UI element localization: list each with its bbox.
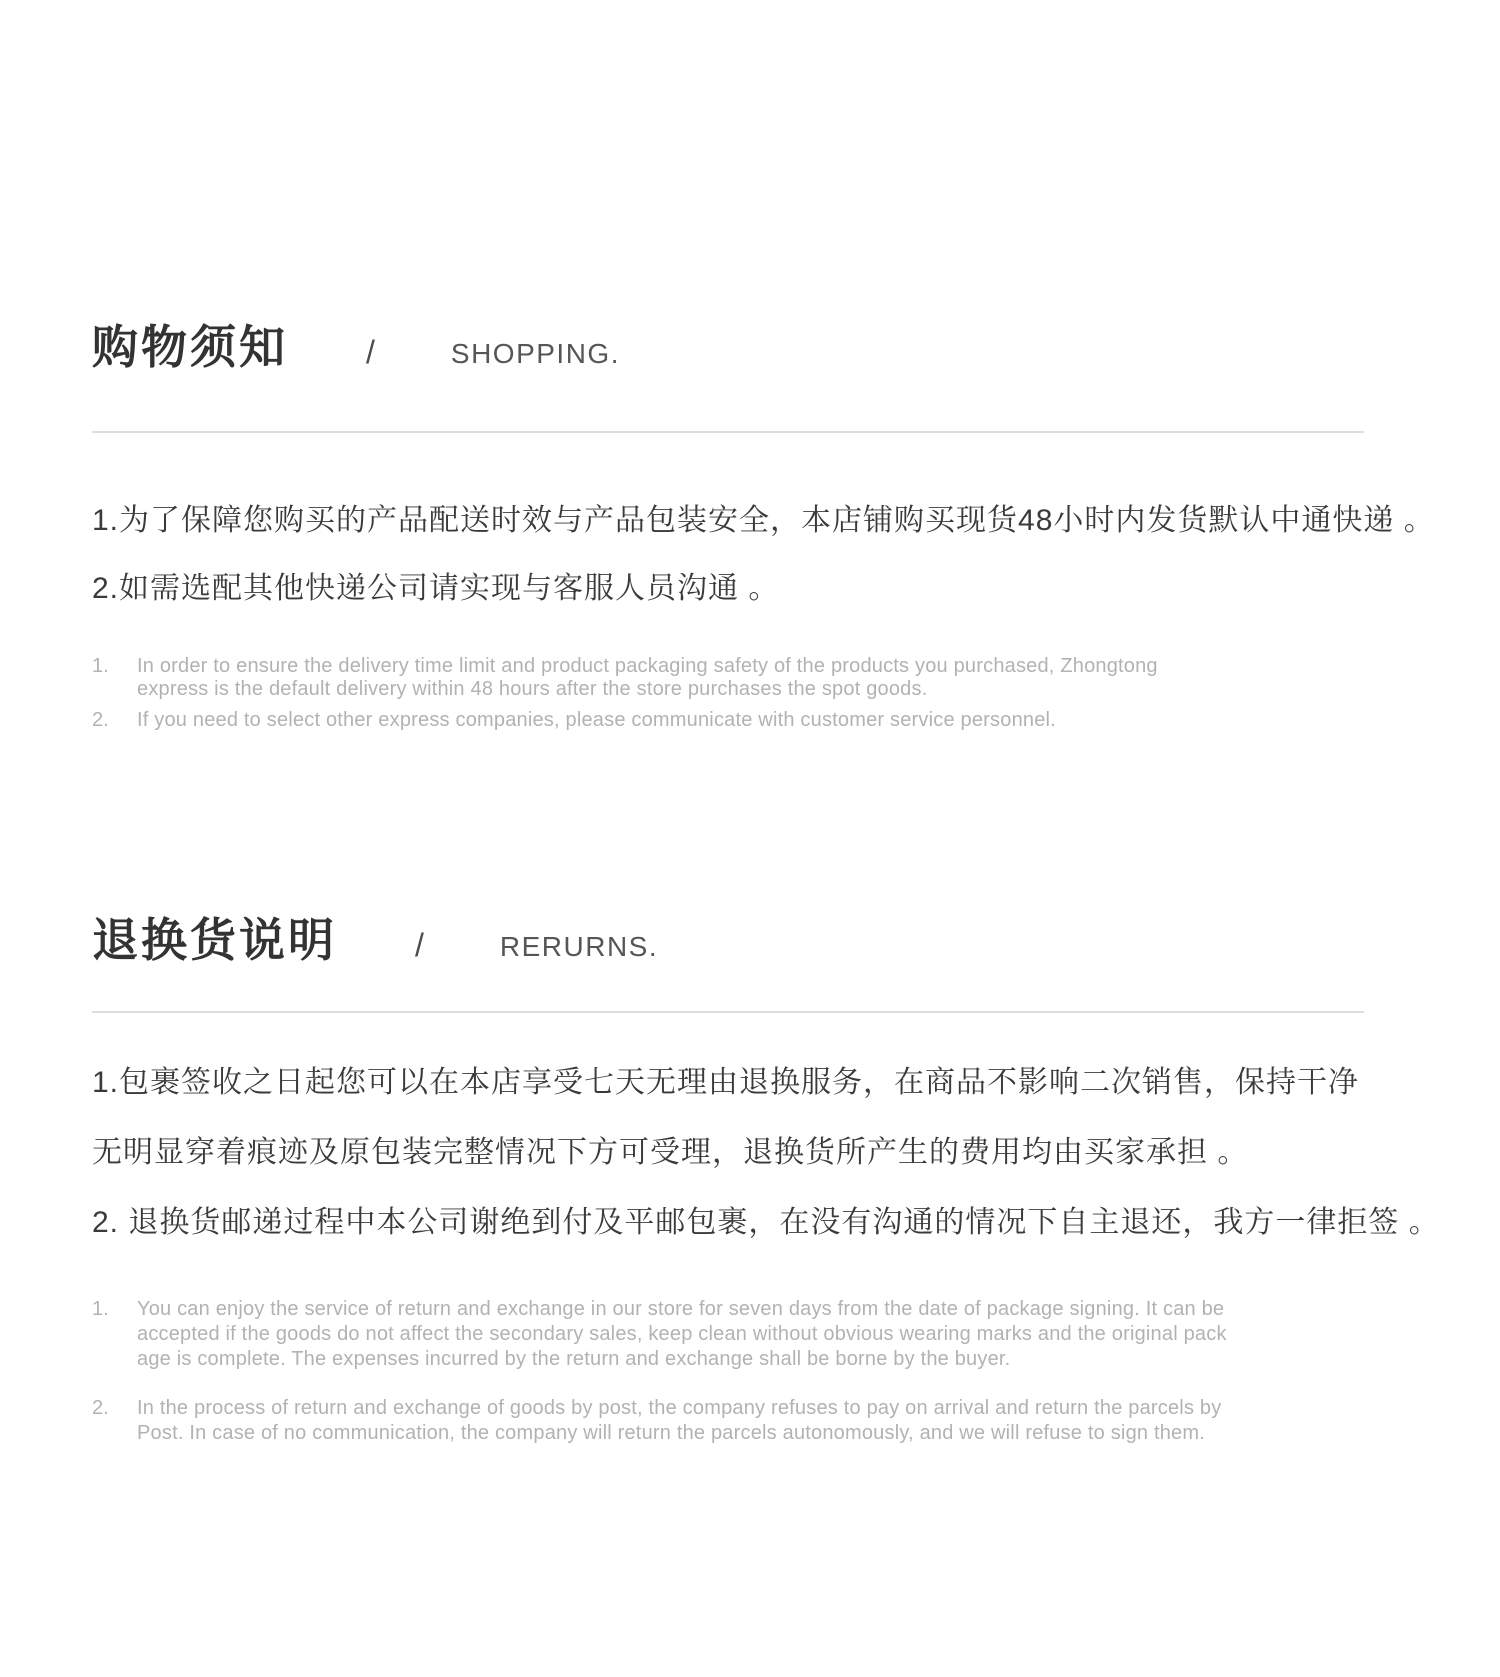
en-note-line: In the process of return and exchange of…: [137, 1396, 1221, 1421]
en-note-line: You can enjoy the service of return and …: [137, 1297, 1227, 1322]
cn-note-line: 1.为了保障您购买的产品配送时效与产品包装安全，本店铺购买现货48小时内发货默认…: [92, 505, 1364, 537]
shopping-section: 购物须知 / SHOPPING. 1.为了保障您购买的产品配送时效与产品包装安全…: [92, 322, 1364, 732]
en-note-item: 2. If you need to select other express c…: [92, 709, 1364, 732]
cn-note-line: 1.包裹签收之日起您可以在本店享受七天无理由退换服务，在商品不影响二次销售，保持…: [92, 1067, 1364, 1099]
en-notes: 1. You can enjoy the service of return a…: [92, 1297, 1364, 1446]
cn-notes: 1.为了保障您购买的产品配送时效与产品包装安全，本店铺购买现货48小时内发货默认…: [92, 505, 1364, 605]
section-title-cn: 退换货说明: [92, 915, 337, 965]
en-note-text: In order to ensure the delivery time lim…: [137, 655, 1158, 701]
cn-note-line: 无明显穿着痕迹及原包装完整情况下方可受理，退换货所产生的费用均由买家承担 。: [92, 1137, 1364, 1169]
en-note-item: 1. In order to ensure the delivery time …: [92, 655, 1364, 701]
page-content: 购物须知 / SHOPPING. 1.为了保障您购买的产品配送时效与产品包装安全…: [92, 0, 1364, 1446]
en-notes: 1. In order to ensure the delivery time …: [92, 655, 1364, 732]
section-title-en: SHOPPING.: [451, 338, 620, 370]
en-note-number: 1.: [92, 655, 137, 678]
cn-note-line: 2.如需选配其他快递公司请实现与客服人员沟通 。: [92, 573, 1364, 605]
section-divider: [92, 431, 1364, 433]
slash-separator: /: [415, 927, 424, 964]
en-note-number: 1.: [92, 1297, 137, 1322]
shopping-section-header: 购物须知 / SHOPPING.: [92, 322, 1364, 372]
en-note-line: If you need to select other express comp…: [137, 709, 1056, 732]
returns-section-header: 退换货说明 / RERURNS.: [92, 915, 1364, 965]
en-note-text: In the process of return and exchange of…: [137, 1396, 1221, 1446]
returns-section: 退换货说明 / RERURNS. 1.包裹签收之日起您可以在本店享受七天无理由退…: [92, 915, 1364, 1446]
en-note-line: accepted if the goods do not affect the …: [137, 1322, 1227, 1347]
shopping-notice-page: 购物须知 / SHOPPING. 1.为了保障您购买的产品配送时效与产品包装安全…: [0, 0, 1500, 1677]
en-note-item: 2. In the process of return and exchange…: [92, 1396, 1364, 1446]
en-note-line: express is the default delivery within 4…: [137, 678, 1158, 701]
en-note-item: 1. You can enjoy the service of return a…: [92, 1297, 1364, 1372]
en-note-line: age is complete. The expenses incurred b…: [137, 1347, 1227, 1372]
slash-separator: /: [366, 334, 375, 371]
section-title-en: RERURNS.: [500, 931, 658, 963]
en-note-line: In order to ensure the delivery time lim…: [137, 655, 1158, 678]
section-divider: [92, 1011, 1364, 1013]
cn-note-line: 2. 退换货邮递过程中本公司谢绝到付及平邮包裹，在没有沟通的情况下自主退还，我方…: [92, 1207, 1364, 1239]
en-note-number: 2.: [92, 1396, 137, 1421]
cn-notes: 1.包裹签收之日起您可以在本店享受七天无理由退换服务，在商品不影响二次销售，保持…: [92, 1067, 1364, 1239]
en-note-text: You can enjoy the service of return and …: [137, 1297, 1227, 1372]
en-note-number: 2.: [92, 709, 137, 732]
en-note-line: Post. In case of no communication, the c…: [137, 1421, 1221, 1446]
en-note-text: If you need to select other express comp…: [137, 709, 1056, 732]
section-title-cn: 购物须知: [92, 322, 288, 372]
